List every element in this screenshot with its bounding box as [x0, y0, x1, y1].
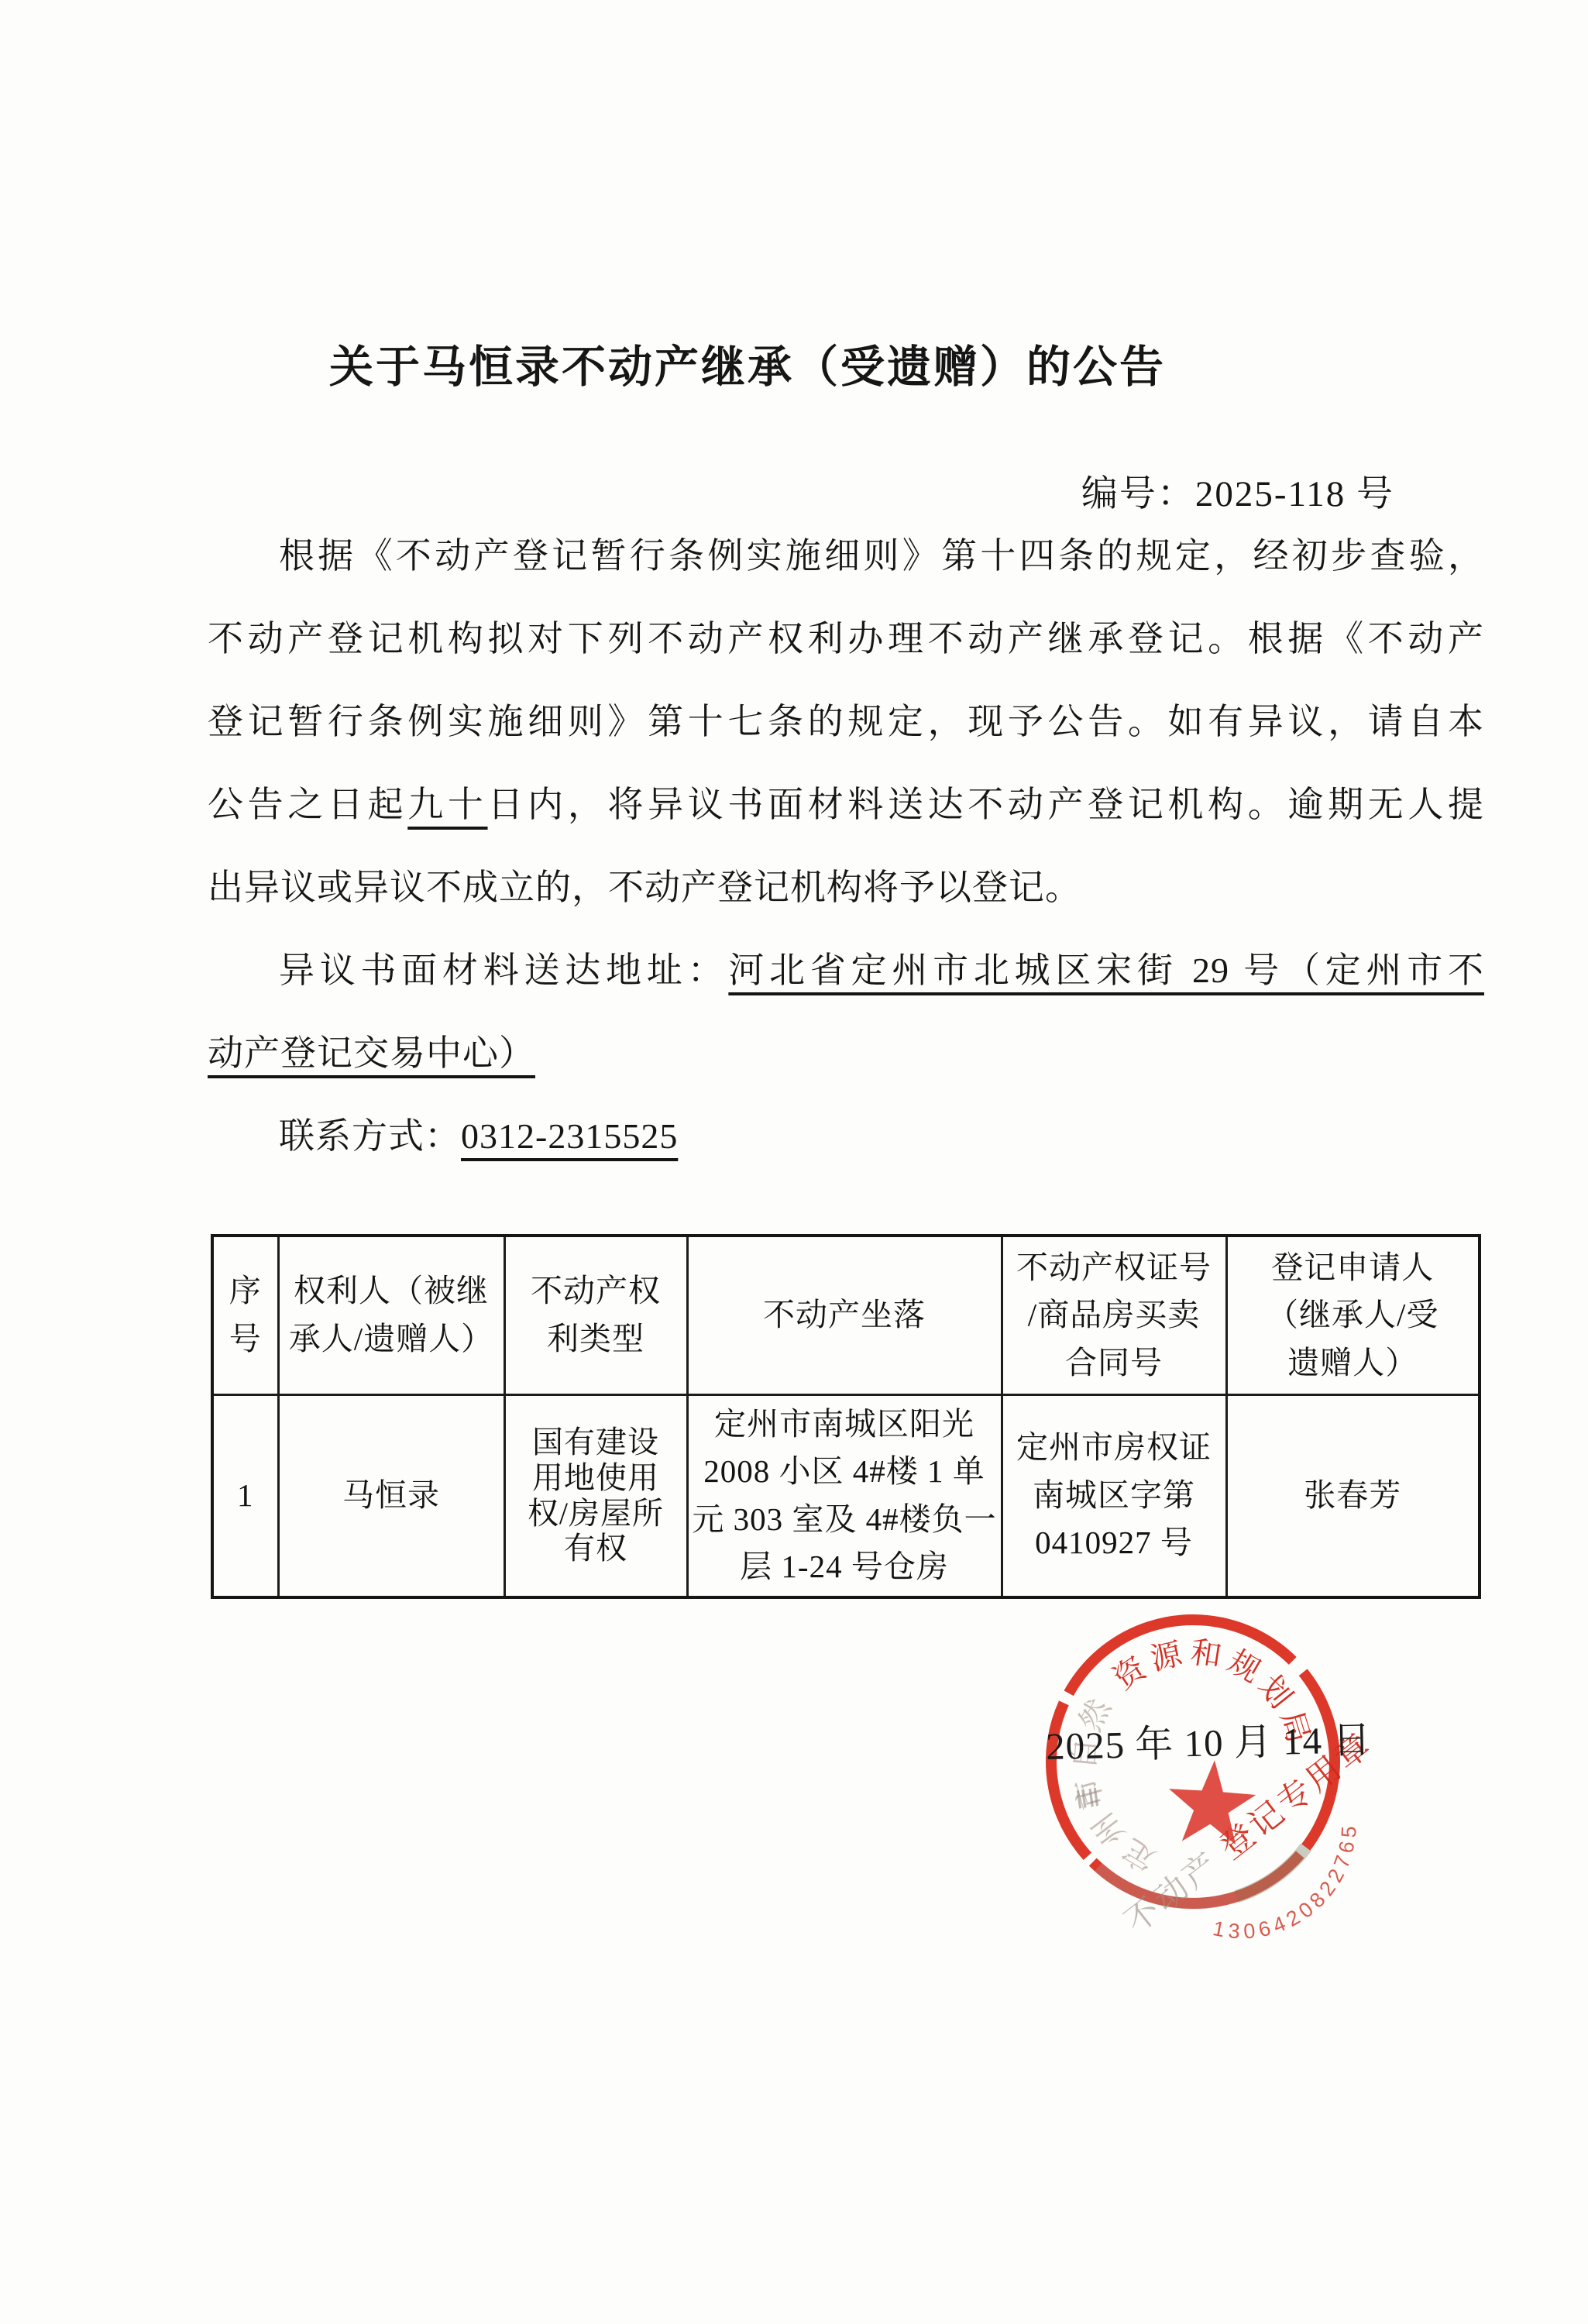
- table-header-cell: 不动产坐落: [687, 1236, 1002, 1394]
- text-run: 根据《不动产登记暂行条例实施细则》第十四条的规定，经初步查验，: [279, 536, 1484, 576]
- text-run: 不动产登记机构拟对下列不动产权利办理不动产继承登记。根据《不动产: [208, 619, 1484, 658]
- seal-date: 2025 年 10 月 14 日: [1045, 1710, 1340, 1771]
- table-cell: 张春芳: [1226, 1394, 1480, 1597]
- underlined-text: 0312-2315525: [461, 1116, 678, 1156]
- table-header-cell: 序 号: [212, 1236, 278, 1394]
- announcement-table: 序 号权利人（被继 承人/遗赠人）不动产权 利类型不动产坐落不动产权证号 /商品…: [211, 1234, 1481, 1599]
- paragraph-line: 公告之日起九十日内，将异议书面材料送达不动产登记机构。逾期无人提: [208, 763, 1484, 846]
- paragraph-line: 异议书面材料送达地址：河北省定州市北城区宋街 29 号（定州市不: [208, 929, 1484, 1012]
- text-run: 异议书面材料送达地址：: [279, 951, 728, 990]
- underlined-text: 动产登记交易中心）: [208, 1033, 535, 1073]
- table-cell: 定州市南城区阳光 2008 小区 4#楼 1 单 元 303 室及 4#楼负一 …: [687, 1394, 1002, 1597]
- paragraph-line: 登记暂行条例实施细则》第十七条的规定，现予公告。如有异议，请自本: [208, 680, 1484, 763]
- paragraph-line: 动产登记交易中心）: [208, 1012, 1484, 1095]
- table-row: 1马恒录国有建设 用地使用 权/房屋所 有权定州市南城区阳光 2008 小区 4…: [212, 1394, 1480, 1597]
- table-header-cell: 不动产权证号 /商品房买卖 合同号: [1002, 1236, 1226, 1394]
- text-run: 出异议或异议不成立的，不动产登记机构将予以登记。: [208, 868, 1081, 907]
- underlined-text: 九十: [407, 785, 487, 824]
- text-run: 登记暂行条例实施细则》第十七条的规定，现予公告。如有异议，请自本: [208, 702, 1484, 741]
- seal-smudge-mark: ⅡⅡ: [1074, 1783, 1102, 1814]
- table-header-row: 序 号权利人（被继 承人/遗赠人）不动产权 利类型不动产坐落不动产权证号 /商品…: [212, 1236, 1480, 1394]
- text-run: 公告之日起: [208, 785, 407, 824]
- table-header-cell: 登记申请人 （继承人/受 遗赠人）: [1226, 1236, 1480, 1394]
- paragraph-line: 联系方式：0312-2315525: [208, 1095, 1484, 1177]
- text-run: 日内，将异议书面材料送达不动产登记机构。逾期无人提: [488, 785, 1484, 824]
- scanned-notice-page: 关于马恒录不动产继承（受遗赠）的公告 编号：2025-118 号 根据《不动产登…: [0, 0, 1588, 2324]
- document-number: 编号：2025-118 号: [209, 465, 1394, 517]
- official-seal: 定州市自然 资源和规划局 不动产 登记专用章 1306420822765 ⅡⅡ: [992, 1573, 1425, 2006]
- table-cell: 马恒录: [278, 1394, 504, 1597]
- underlined-text: 河北省定州市北城区宋街 29 号（定州市不: [728, 951, 1484, 990]
- table-header-cell: 不动产权 利类型: [504, 1236, 687, 1394]
- page-title: 关于马恒录不动产继承（受遗赠）的公告: [0, 332, 1495, 395]
- table-cell: 1: [212, 1394, 278, 1597]
- text-run: 联系方式：: [279, 1116, 461, 1156]
- table-cell: 定州市房权证 南城区字第 0410927 号: [1002, 1394, 1226, 1597]
- paragraph-line: 出异议或异议不成立的，不动产登记机构将予以登记。: [208, 846, 1484, 929]
- body-paragraphs: 根据《不动产登记暂行条例实施细则》第十四条的规定，经初步查验，不动产登记机构拟对…: [208, 514, 1484, 1177]
- table-header-cell: 权利人（被继 承人/遗赠人）: [278, 1236, 504, 1394]
- paragraph-line: 不动产登记机构拟对下列不动产权利办理不动产继承登记。根据《不动产: [208, 597, 1484, 680]
- paragraph-line: 根据《不动产登记暂行条例实施细则》第十四条的规定，经初步查验，: [208, 514, 1484, 597]
- table-cell: 国有建设 用地使用 权/房屋所 有权: [504, 1394, 687, 1597]
